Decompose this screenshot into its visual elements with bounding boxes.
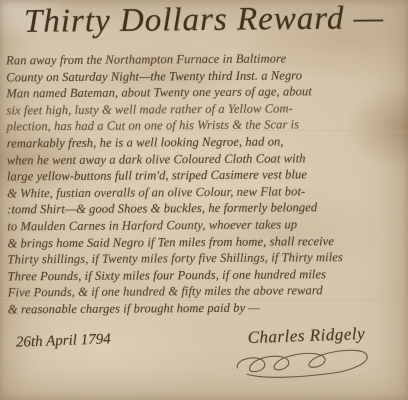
document-title: Thirty Dollars Reward —: [0, 0, 408, 41]
document-photo: Thirty Dollars Reward — Ran away from th…: [0, 0, 408, 400]
handwritten-line: & reasonable charges if brought home pai…: [8, 299, 405, 318]
date-line: 26th April 1794: [16, 331, 111, 351]
document-body: Ran away from the Northampton Furnace in…: [6, 50, 405, 318]
signature-flourish-icon: [232, 341, 383, 382]
signature: Charles Ridgely: [247, 324, 365, 347]
signature-block: Charles Ridgely: [231, 323, 383, 382]
